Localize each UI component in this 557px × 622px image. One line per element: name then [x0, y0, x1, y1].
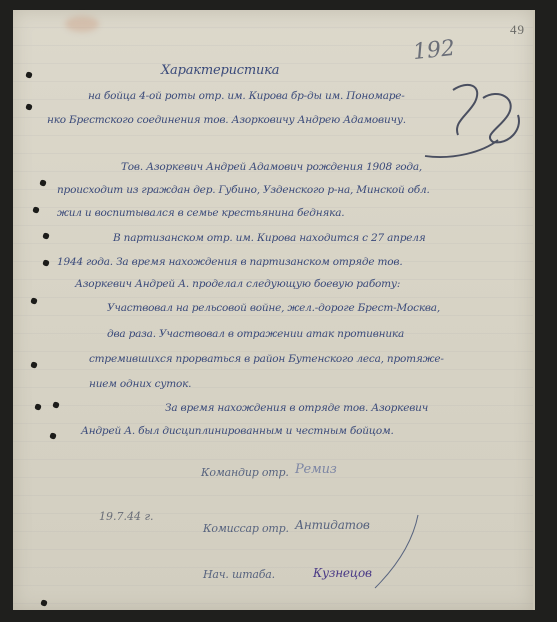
document-page: 49 192 Характеристика на бойца 4-ой роты…: [13, 10, 535, 610]
signature-flourish: [13, 10, 533, 610]
